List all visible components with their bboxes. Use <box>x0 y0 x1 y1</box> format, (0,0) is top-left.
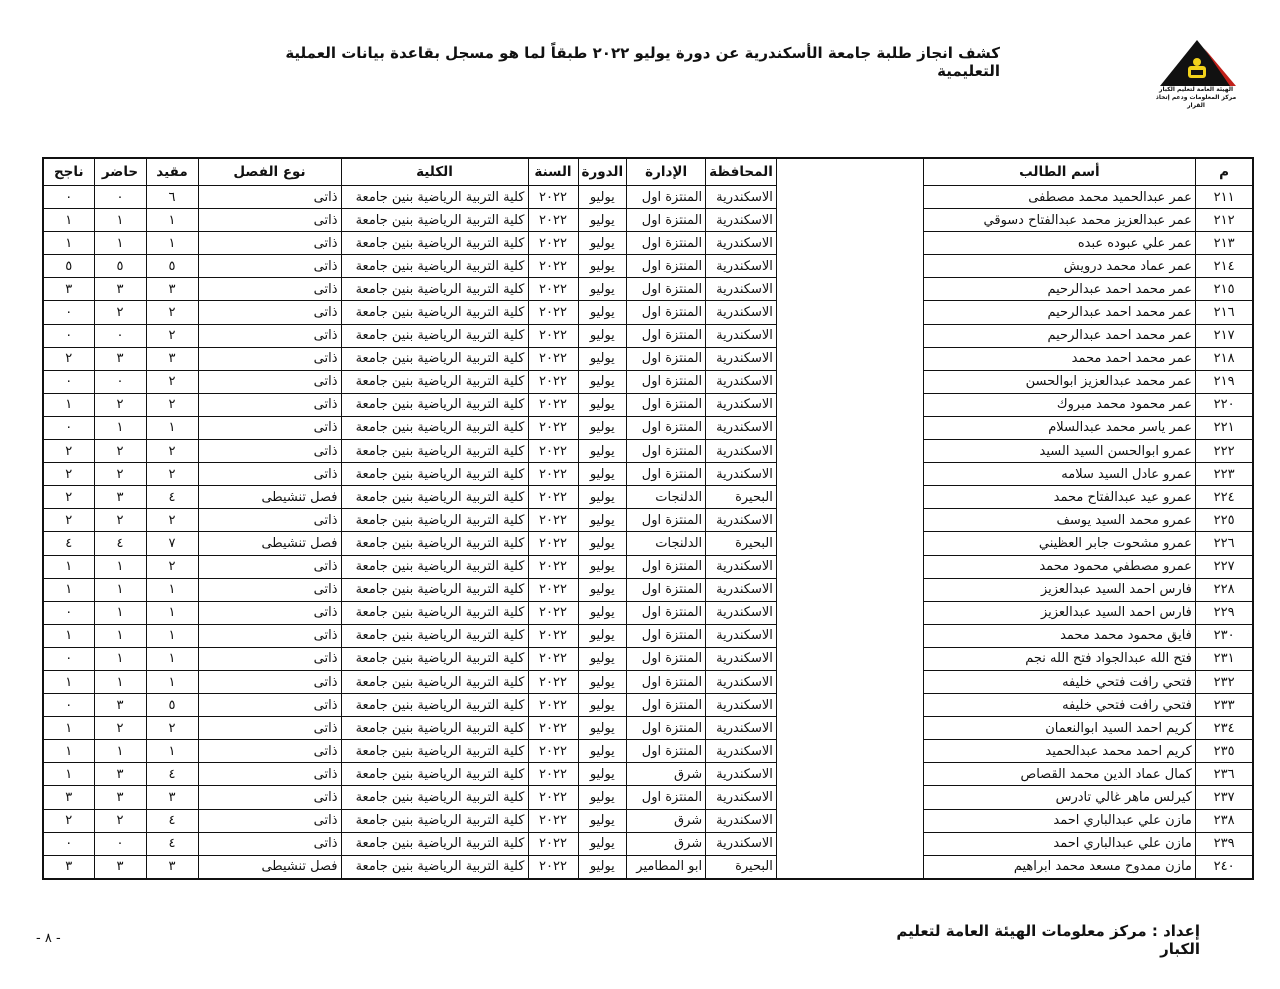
col-header-number: م <box>1195 158 1253 186</box>
cell-session: يوليو <box>578 370 627 393</box>
cell-administration: المنتزة اول <box>627 393 706 416</box>
cell-present: ١ <box>94 209 146 232</box>
spacer-cell <box>776 347 923 370</box>
cell-class-type: ذاتى <box>198 786 341 809</box>
cell-year: ٢٠٢٢ <box>528 416 578 439</box>
col-header-class-type: نوع الفصل <box>198 158 341 186</box>
cell-enrolled: ٣ <box>146 278 198 301</box>
table-row: ٢٢٢ذاتىكلية التربية الرياضية بنين جامعة٢… <box>43 440 1253 463</box>
cell-number: ٢٣٣ <box>1195 694 1253 717</box>
table-row: ٢٢٢ذاتىكلية التربية الرياضية بنين جامعة٢… <box>43 463 1253 486</box>
cell-governorate: الاسكندرية <box>706 255 777 278</box>
cell-governorate: الاسكندرية <box>706 555 777 578</box>
logo-caption: الهيئة العامة لتعليم الكبار مركز المعلوم… <box>1150 86 1242 110</box>
cell-passed: ٣ <box>43 278 94 301</box>
cell-governorate: الاسكندرية <box>706 324 777 347</box>
cell-year: ٢٠٢٢ <box>528 624 578 647</box>
table-row: ١١٢ذاتىكلية التربية الرياضية بنين جامعة٢… <box>43 555 1253 578</box>
table-row: ١١١ذاتىكلية التربية الرياضية بنين جامعة٢… <box>43 578 1253 601</box>
col-header-year: السنة <box>528 158 578 186</box>
cell-administration: شرق <box>627 832 706 855</box>
col-header-governorate: المحافظة <box>706 158 777 186</box>
cell-present: ٣ <box>94 786 146 809</box>
cell-passed: ٢ <box>43 486 94 509</box>
cell-session: يوليو <box>578 324 627 347</box>
cell-year: ٢٠٢٢ <box>528 855 578 879</box>
col-header-session: الدورة <box>578 158 627 186</box>
spacer-cell <box>776 301 923 324</box>
cell-faculty: كلية التربية الرياضية بنين جامعة <box>341 209 528 232</box>
cell-class-type: ذاتى <box>198 209 341 232</box>
spacer-cell <box>776 763 923 786</box>
cell-session: يوليو <box>578 717 627 740</box>
cell-faculty: كلية التربية الرياضية بنين جامعة <box>341 763 528 786</box>
cell-year: ٢٠٢٢ <box>528 186 578 209</box>
cell-present: ٣ <box>94 694 146 717</box>
cell-administration: المنتزة اول <box>627 278 706 301</box>
cell-present: ٤ <box>94 532 146 555</box>
cell-enrolled: ١ <box>146 647 198 670</box>
cell-administration: الدلنجات <box>627 532 706 555</box>
cell-governorate: الاسكندرية <box>706 370 777 393</box>
cell-number: ٢٢٣ <box>1195 463 1253 486</box>
cell-present: ٣ <box>94 486 146 509</box>
cell-student-name: عمر عبدالعزيز محمد عبدالفتاح دسوقي <box>923 209 1195 232</box>
cell-session: يوليو <box>578 463 627 486</box>
cell-class-type: ذاتى <box>198 624 341 647</box>
cell-student-name: عمر ياسر محمد عبدالسلام <box>923 416 1195 439</box>
cell-present: ١ <box>94 647 146 670</box>
table-row: ٢٣٤فصل تنشيطىكلية التربية الرياضية بنين … <box>43 486 1253 509</box>
table-row: ١١١ذاتىكلية التربية الرياضية بنين جامعة٢… <box>43 209 1253 232</box>
cell-faculty: كلية التربية الرياضية بنين جامعة <box>341 555 528 578</box>
cell-enrolled: ٢ <box>146 440 198 463</box>
cell-class-type: ذاتى <box>198 393 341 416</box>
cell-governorate: البحيرة <box>706 855 777 879</box>
cell-enrolled: ٥ <box>146 694 198 717</box>
cell-faculty: كلية التربية الرياضية بنين جامعة <box>341 347 528 370</box>
cell-governorate: الاسكندرية <box>706 509 777 532</box>
cell-administration: المنتزة اول <box>627 232 706 255</box>
cell-faculty: كلية التربية الرياضية بنين جامعة <box>341 832 528 855</box>
cell-year: ٢٠٢٢ <box>528 232 578 255</box>
cell-session: يوليو <box>578 832 627 855</box>
cell-governorate: الاسكندرية <box>706 717 777 740</box>
cell-faculty: كلية التربية الرياضية بنين جامعة <box>341 324 528 347</box>
cell-year: ٢٠٢٢ <box>528 209 578 232</box>
cell-student-name: عمر عماد محمد درويش <box>923 255 1195 278</box>
cell-present: ١ <box>94 232 146 255</box>
cell-session: يوليو <box>578 278 627 301</box>
cell-number: ٢٣٠ <box>1195 624 1253 647</box>
cell-passed: ٣ <box>43 786 94 809</box>
cell-enrolled: ٤ <box>146 832 198 855</box>
cell-student-name: عمر محمد عبدالعزيز ابوالحسن <box>923 370 1195 393</box>
cell-governorate: الاسكندرية <box>706 809 777 832</box>
spacer-cell <box>776 694 923 717</box>
table-row: ٥٥٥ذاتىكلية التربية الرياضية بنين جامعة٢… <box>43 255 1253 278</box>
cell-class-type: ذاتى <box>198 694 341 717</box>
cell-student-name: فارس احمد السيد عبدالعزيز <box>923 601 1195 624</box>
cell-year: ٢٠٢٢ <box>528 809 578 832</box>
cell-class-type: ذاتى <box>198 601 341 624</box>
cell-student-name: عمرو محمد السيد يوسف <box>923 509 1195 532</box>
spacer-column <box>776 158 923 186</box>
cell-session: يوليو <box>578 855 627 879</box>
cell-administration: المنتزة اول <box>627 740 706 763</box>
cell-number: ٢٣٢ <box>1195 670 1253 693</box>
cell-session: يوليو <box>578 347 627 370</box>
cell-student-name: كمال عماد الدين محمد القصاص <box>923 763 1195 786</box>
cell-administration: المنتزة اول <box>627 601 706 624</box>
cell-administration: المنتزة اول <box>627 717 706 740</box>
cell-student-name: عمرو مشحوت جابر العظيني <box>923 532 1195 555</box>
cell-enrolled: ٢ <box>146 324 198 347</box>
cell-faculty: كلية التربية الرياضية بنين جامعة <box>341 578 528 601</box>
spacer-cell <box>776 740 923 763</box>
spacer-cell <box>776 509 923 532</box>
cell-passed: ٣ <box>43 855 94 879</box>
cell-number: ٢١٥ <box>1195 278 1253 301</box>
cell-student-name: مازن علي عبدالباري احمد <box>923 809 1195 832</box>
cell-number: ٢١٢ <box>1195 209 1253 232</box>
page-number: - ٨ - <box>36 931 61 946</box>
cell-number: ٢٢٠ <box>1195 393 1253 416</box>
cell-faculty: كلية التربية الرياضية بنين جامعة <box>341 509 528 532</box>
spacer-cell <box>776 832 923 855</box>
cell-enrolled: ٣ <box>146 347 198 370</box>
cell-session: يوليو <box>578 509 627 532</box>
spacer-cell <box>776 809 923 832</box>
cell-number: ٢١٩ <box>1195 370 1253 393</box>
cell-passed: ٠ <box>43 324 94 347</box>
cell-administration: المنتزة اول <box>627 186 706 209</box>
cell-administration: ابو المطامير <box>627 855 706 879</box>
cell-present: ٢ <box>94 717 146 740</box>
cell-year: ٢٠٢٢ <box>528 670 578 693</box>
cell-faculty: كلية التربية الرياضية بنين جامعة <box>341 647 528 670</box>
cell-year: ٢٠٢٢ <box>528 786 578 809</box>
cell-passed: ١ <box>43 393 94 416</box>
col-header-administration: الإدارة <box>627 158 706 186</box>
cell-enrolled: ٣ <box>146 786 198 809</box>
cell-enrolled: ٤ <box>146 809 198 832</box>
cell-administration: المنتزة اول <box>627 624 706 647</box>
cell-class-type: ذاتى <box>198 763 341 786</box>
spacer-cell <box>776 624 923 647</box>
cell-year: ٢٠٢٢ <box>528 255 578 278</box>
cell-enrolled: ٢ <box>146 301 198 324</box>
cell-class-type: فصل تنشيطى <box>198 532 341 555</box>
cell-enrolled: ٢ <box>146 393 198 416</box>
table-row: ١٢٢ذاتىكلية التربية الرياضية بنين جامعة٢… <box>43 393 1253 416</box>
cell-number: ٢٣٩ <box>1195 832 1253 855</box>
spacer-cell <box>776 324 923 347</box>
table-row: ١١١ذاتىكلية التربية الرياضية بنين جامعة٢… <box>43 670 1253 693</box>
col-header-enrolled: مقيد <box>146 158 198 186</box>
cell-present: ٠ <box>94 832 146 855</box>
cell-session: يوليو <box>578 601 627 624</box>
cell-faculty: كلية التربية الرياضية بنين جامعة <box>341 486 528 509</box>
cell-session: يوليو <box>578 647 627 670</box>
cell-enrolled: ١ <box>146 578 198 601</box>
cell-faculty: كلية التربية الرياضية بنين جامعة <box>341 786 528 809</box>
spacer-cell <box>776 855 923 879</box>
cell-present: ١ <box>94 740 146 763</box>
col-header-faculty: الكلية <box>341 158 528 186</box>
col-header-present: حاضر <box>94 158 146 186</box>
cell-number: ٢٢٩ <box>1195 601 1253 624</box>
spacer-cell <box>776 532 923 555</box>
cell-session: يوليو <box>578 393 627 416</box>
cell-administration: المنتزة اول <box>627 555 706 578</box>
cell-student-name: عمرو عادل السيد سلامه <box>923 463 1195 486</box>
cell-present: ٠ <box>94 324 146 347</box>
cell-session: يوليو <box>578 209 627 232</box>
cell-student-name: فارس احمد السيد عبدالعزيز <box>923 578 1195 601</box>
cell-administration: المنتزة اول <box>627 463 706 486</box>
cell-session: يوليو <box>578 532 627 555</box>
cell-enrolled: ٢ <box>146 717 198 740</box>
document-title: كشف انجاز طلبة جامعة الأسكندرية عن دورة … <box>280 44 1000 80</box>
cell-passed: ٠ <box>43 416 94 439</box>
cell-passed: ١ <box>43 763 94 786</box>
cell-faculty: كلية التربية الرياضية بنين جامعة <box>341 855 528 879</box>
cell-governorate: الاسكندرية <box>706 694 777 717</box>
cell-year: ٢٠٢٢ <box>528 301 578 324</box>
cell-enrolled: ٦ <box>146 186 198 209</box>
spacer-cell <box>776 393 923 416</box>
cell-session: يوليو <box>578 301 627 324</box>
table-row: ٢٢٤ذاتىكلية التربية الرياضية بنين جامعة٢… <box>43 809 1253 832</box>
cell-session: يوليو <box>578 624 627 647</box>
cell-number: ٢١١ <box>1195 186 1253 209</box>
cell-class-type: ذاتى <box>198 416 341 439</box>
table-row: ١٣٤ذاتىكلية التربية الرياضية بنين جامعة٢… <box>43 763 1253 786</box>
cell-faculty: كلية التربية الرياضية بنين جامعة <box>341 717 528 740</box>
cell-year: ٢٠٢٢ <box>528 694 578 717</box>
cell-number: ٢٢١ <box>1195 416 1253 439</box>
cell-passed: ٤ <box>43 532 94 555</box>
cell-passed: ٠ <box>43 186 94 209</box>
cell-year: ٢٠٢٢ <box>528 486 578 509</box>
cell-session: يوليو <box>578 232 627 255</box>
cell-present: ٥ <box>94 255 146 278</box>
cell-class-type: ذاتى <box>198 324 341 347</box>
cell-session: يوليو <box>578 786 627 809</box>
cell-student-name: عمرو عيد عبدالفتاح محمد <box>923 486 1195 509</box>
cell-present: ١ <box>94 578 146 601</box>
cell-session: يوليو <box>578 578 627 601</box>
table-row: ٠٠٢ذاتىكلية التربية الرياضية بنين جامعة٢… <box>43 324 1253 347</box>
cell-administration: المنتزة اول <box>627 324 706 347</box>
table-row: ١١١ذاتىكلية التربية الرياضية بنين جامعة٢… <box>43 232 1253 255</box>
cell-administration: المنتزة اول <box>627 786 706 809</box>
cell-faculty: كلية التربية الرياضية بنين جامعة <box>341 670 528 693</box>
cell-governorate: الاسكندرية <box>706 647 777 670</box>
cell-enrolled: ١ <box>146 416 198 439</box>
prepared-by-footer: إعداد : مركز معلومات الهيئة العامة لتعلي… <box>860 922 1200 958</box>
cell-session: يوليو <box>578 440 627 463</box>
spacer-cell <box>776 440 923 463</box>
cell-class-type: ذاتى <box>198 717 341 740</box>
cell-administration: شرق <box>627 809 706 832</box>
cell-faculty: كلية التربية الرياضية بنين جامعة <box>341 370 528 393</box>
cell-administration: المنتزة اول <box>627 301 706 324</box>
cell-faculty: كلية التربية الرياضية بنين جامعة <box>341 186 528 209</box>
cell-class-type: ذاتى <box>198 578 341 601</box>
table-row: ٢٣٣ذاتىكلية التربية الرياضية بنين جامعة٢… <box>43 347 1253 370</box>
cell-present: ١ <box>94 624 146 647</box>
spacer-cell <box>776 255 923 278</box>
cell-session: يوليو <box>578 740 627 763</box>
cell-student-name: كيرلس ماهر غالي تادرس <box>923 786 1195 809</box>
cell-passed: ٠ <box>43 370 94 393</box>
cell-class-type: ذاتى <box>198 232 341 255</box>
cell-year: ٢٠٢٢ <box>528 532 578 555</box>
logo-caption-line2: مركز المعلومات ودعم إتخاذ القرار <box>1150 94 1242 110</box>
cell-passed: ٠ <box>43 832 94 855</box>
cell-enrolled: ١ <box>146 601 198 624</box>
cell-administration: المنتزة اول <box>627 440 706 463</box>
cell-administration: المنتزة اول <box>627 578 706 601</box>
cell-passed: ٠ <box>43 601 94 624</box>
spacer-cell <box>776 232 923 255</box>
cell-faculty: كلية التربية الرياضية بنين جامعة <box>341 532 528 555</box>
cell-enrolled: ٢ <box>146 463 198 486</box>
cell-session: يوليو <box>578 486 627 509</box>
cell-number: ٢٤٠ <box>1195 855 1253 879</box>
cell-governorate: الاسكندرية <box>706 601 777 624</box>
cell-session: يوليو <box>578 555 627 578</box>
cell-student-name: فايق محمود محمد محمد <box>923 624 1195 647</box>
table-row: ٣٣٣فصل تنشيطىكلية التربية الرياضية بنين … <box>43 855 1253 879</box>
cell-faculty: كلية التربية الرياضية بنين جامعة <box>341 694 528 717</box>
spacer-cell <box>776 416 923 439</box>
cell-governorate: البحيرة <box>706 486 777 509</box>
spacer-cell <box>776 186 923 209</box>
cell-governorate: الاسكندرية <box>706 393 777 416</box>
cell-passed: ٢ <box>43 347 94 370</box>
cell-governorate: الاسكندرية <box>706 740 777 763</box>
cell-enrolled: ٥ <box>146 255 198 278</box>
cell-passed: ٢ <box>43 440 94 463</box>
cell-class-type: ذاتى <box>198 255 341 278</box>
spacer-cell <box>776 555 923 578</box>
cell-class-type: ذاتى <box>198 463 341 486</box>
cell-governorate: الاسكندرية <box>706 463 777 486</box>
cell-year: ٢٠٢٢ <box>528 463 578 486</box>
cell-faculty: كلية التربية الرياضية بنين جامعة <box>341 278 528 301</box>
cell-administration: المنتزة اول <box>627 255 706 278</box>
table-row: ٠١١ذاتىكلية التربية الرياضية بنين جامعة٢… <box>43 416 1253 439</box>
cell-number: ٢٣٨ <box>1195 809 1253 832</box>
cell-present: ١ <box>94 555 146 578</box>
cell-faculty: كلية التربية الرياضية بنين جامعة <box>341 440 528 463</box>
cell-passed: ١ <box>43 670 94 693</box>
cell-present: ٢ <box>94 509 146 532</box>
cell-session: يوليو <box>578 763 627 786</box>
cell-session: يوليو <box>578 809 627 832</box>
cell-faculty: كلية التربية الرياضية بنين جامعة <box>341 809 528 832</box>
spacer-cell <box>776 370 923 393</box>
cell-enrolled: ١ <box>146 232 198 255</box>
cell-present: ١ <box>94 416 146 439</box>
cell-present: ٢ <box>94 301 146 324</box>
spacer-cell <box>776 578 923 601</box>
table-row: ١١١ذاتىكلية التربية الرياضية بنين جامعة٢… <box>43 624 1253 647</box>
cell-governorate: الاسكندرية <box>706 209 777 232</box>
cell-administration: شرق <box>627 763 706 786</box>
cell-session: يوليو <box>578 186 627 209</box>
cell-present: ٣ <box>94 347 146 370</box>
cell-enrolled: ٧ <box>146 532 198 555</box>
table-row: ٢٢٢ذاتىكلية التربية الرياضية بنين جامعة٢… <box>43 509 1253 532</box>
cell-administration: المنتزة اول <box>627 670 706 693</box>
cell-enrolled: ٣ <box>146 855 198 879</box>
cell-present: ١ <box>94 601 146 624</box>
cell-passed: ٢ <box>43 509 94 532</box>
cell-class-type: ذاتى <box>198 809 341 832</box>
cell-class-type: ذاتى <box>198 740 341 763</box>
cell-class-type: ذاتى <box>198 647 341 670</box>
table-row: ٠٣٥ذاتىكلية التربية الرياضية بنين جامعة٢… <box>43 694 1253 717</box>
cell-passed: ٥ <box>43 255 94 278</box>
cell-student-name: عمر محمد احمد محمد <box>923 347 1195 370</box>
cell-passed: ١ <box>43 578 94 601</box>
cell-student-name: عمرو مصطفي محمود محمد <box>923 555 1195 578</box>
cell-present: ٣ <box>94 278 146 301</box>
cell-number: ٢٣٤ <box>1195 717 1253 740</box>
cell-student-name: عمر محمد احمد عبدالرحيم <box>923 278 1195 301</box>
cell-passed: ٠ <box>43 694 94 717</box>
cell-governorate: الاسكندرية <box>706 416 777 439</box>
table-row: ٣٣٣ذاتىكلية التربية الرياضية بنين جامعة٢… <box>43 786 1253 809</box>
cell-faculty: كلية التربية الرياضية بنين جامعة <box>341 232 528 255</box>
cell-session: يوليو <box>578 416 627 439</box>
cell-passed: ١ <box>43 209 94 232</box>
cell-enrolled: ١ <box>146 740 198 763</box>
cell-year: ٢٠٢٢ <box>528 647 578 670</box>
cell-present: ٠ <box>94 186 146 209</box>
cell-class-type: ذاتى <box>198 370 341 393</box>
cell-faculty: كلية التربية الرياضية بنين جامعة <box>341 255 528 278</box>
table-row: ٠٠٤ذاتىكلية التربية الرياضية بنين جامعة٢… <box>43 832 1253 855</box>
cell-class-type: ذاتى <box>198 555 341 578</box>
table-row: ٠٠٢ذاتىكلية التربية الرياضية بنين جامعة٢… <box>43 370 1253 393</box>
cell-governorate: الاسكندرية <box>706 278 777 301</box>
spacer-cell <box>776 786 923 809</box>
cell-year: ٢٠٢٢ <box>528 347 578 370</box>
cell-year: ٢٠٢٢ <box>528 601 578 624</box>
cell-student-name: عمر عبدالحميد محمد مصطفى <box>923 186 1195 209</box>
cell-year: ٢٠٢٢ <box>528 324 578 347</box>
cell-student-name: عمر علي عبوده عبده <box>923 232 1195 255</box>
cell-enrolled: ١ <box>146 209 198 232</box>
cell-governorate: الاسكندرية <box>706 763 777 786</box>
student-results-table: ناجح حاضر مقيد نوع الفصل الكلية السنة ال… <box>42 157 1254 880</box>
spacer-cell <box>776 647 923 670</box>
cell-year: ٢٠٢٢ <box>528 717 578 740</box>
cell-student-name: فتحي رافت فتحي خليفه <box>923 670 1195 693</box>
cell-student-name: عمرو ابوالحسن السيد السيد <box>923 440 1195 463</box>
spacer-cell <box>776 717 923 740</box>
spacer-cell <box>776 601 923 624</box>
cell-faculty: كلية التربية الرياضية بنين جامعة <box>341 601 528 624</box>
cell-number: ٢١٦ <box>1195 301 1253 324</box>
spacer-cell <box>776 463 923 486</box>
cell-enrolled: ١ <box>146 670 198 693</box>
